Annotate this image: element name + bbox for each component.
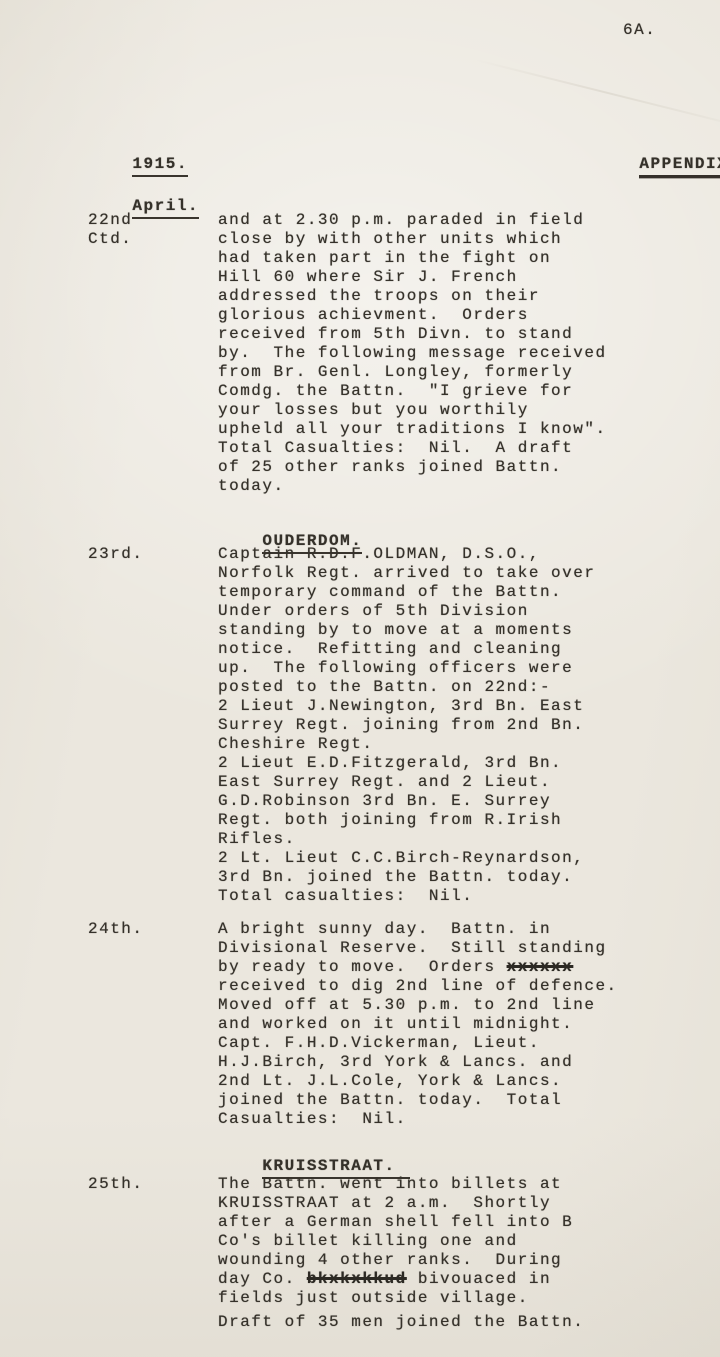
diary-entry-23rd: 23rd. Captain R.D.F.OLDMAN, D.S.O.,Norfo… [88, 545, 708, 906]
entry-text: The Battn. went into billets atKRUISSTRA… [218, 1175, 708, 1308]
entry-text: Captain R.D.F.OLDMAN, D.S.O.,Norfolk Reg… [218, 545, 708, 906]
diary-entry-22nd: 22nd Ctd. and at 2.30 p.m. paraded in fi… [88, 211, 708, 496]
entry-text-addendum: Draft of 35 men joined the Battn. [218, 1313, 708, 1332]
diary-page: 6A. 1915. APPENDIX. April. 22nd Ctd. and… [0, 0, 720, 1357]
year-text: 1915. [132, 155, 188, 177]
page-number: 6A. [623, 21, 656, 40]
diary-entry-25th: 25th. The Battn. went into billets atKRU… [88, 1175, 708, 1332]
diary-entry-24th: 24th. A bright sunny day. Battn. inDivis… [88, 920, 708, 1129]
paper-crease [474, 59, 720, 134]
appendix-heading: APPENDIX. [595, 136, 720, 197]
entry-text: A bright sunny day. Battn. inDivisional … [218, 920, 708, 1129]
appendix-text: APPENDIX. [639, 155, 720, 178]
entry-date: 23rd. [88, 545, 144, 564]
entry-date: 22nd Ctd. [88, 211, 132, 249]
entry-text: and at 2.30 p.m. paraded in fieldclose b… [218, 211, 708, 496]
entry-date: 25th. [88, 1175, 144, 1194]
entry-date: 24th. [88, 920, 144, 939]
